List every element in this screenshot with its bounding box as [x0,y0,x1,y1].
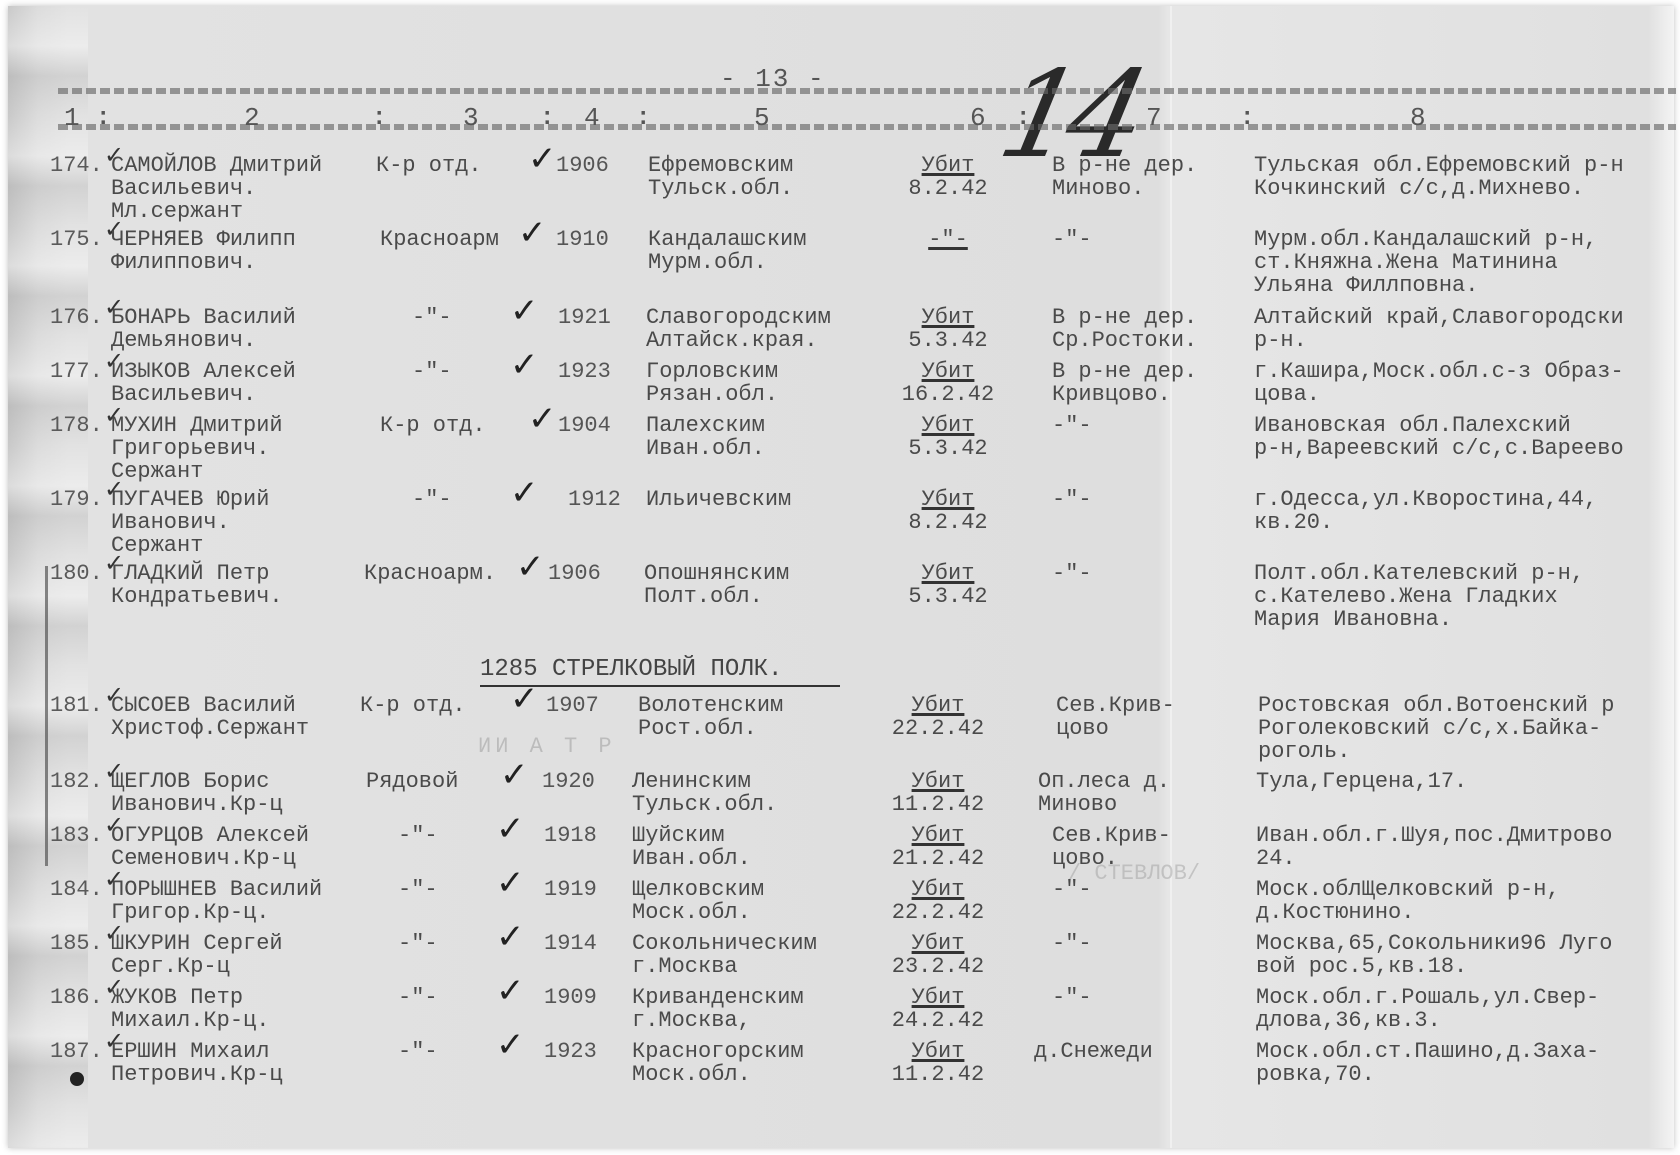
military-rank: -"- [398,878,438,901]
draft-office: Кандалашским Мурм.обл. [648,228,806,274]
verification-tick-icon: ✓ [528,408,557,431]
column-header-8: 8 [1410,103,1426,133]
column-header-3: 3 [463,103,479,133]
fate-date: 8.2.42 [908,176,987,201]
family-address: Алтайский край,Славогородски р-н. [1254,306,1674,352]
birth-year: 1919 [544,878,597,901]
burial-place: -"- [1052,228,1092,251]
fate-status: Убит [922,153,975,178]
verification-tick-icon: ✓ [510,300,539,323]
burial-place: д.Снежеди [1034,1040,1153,1063]
military-rank: Рядовой [366,770,458,793]
family-address: Полт.обл.Кателевский р-н, с.Кателево.Жен… [1254,562,1674,631]
fate-status: Убит [912,823,965,848]
fate-and-date: Убит 5.3.42 [878,562,1018,608]
birth-year: 1910 [556,228,609,251]
fate-date: 24.2.42 [892,1008,984,1033]
fate-status: Убит [912,877,965,902]
fate-date: 11.2.42 [892,1062,984,1087]
fate-date: 8.2.42 [908,510,987,535]
fate-and-date: Убит 22.2.42 [868,878,1008,924]
military-rank: -"- [398,1040,438,1063]
fate-status: -"- [928,227,968,252]
fate-date: 22.2.42 [892,716,984,741]
birth-year: 1923 [558,360,611,383]
fate-status: Убит [922,359,975,384]
soldier-name: ПОРЫШНЕВ Василий Григор.Кр-ц. [111,878,322,924]
soldier-name: САМОЙЛОВ Дмитрий Васильевич. Мл.сержант [111,154,322,223]
fate-and-date: Убит 16.2.42 [878,360,1018,406]
military-rank: К-р отд. [380,414,486,437]
fate-status: Убит [912,693,965,718]
birth-year: 1923 [544,1040,597,1063]
military-rank: К-р отд. [376,154,482,177]
military-rank: Красноарм. [364,562,496,585]
fate-and-date: Убит 24.2.42 [868,986,1008,1032]
column-header-5: 5 [754,103,770,133]
fate-date: 5.3.42 [908,328,987,353]
verification-tick-icon: ✓ [496,818,525,841]
military-rank: -"- [412,306,452,329]
soldier-name: ЖУКОВ Петр Михаил.Кр-ц. [111,986,269,1032]
birth-year: 1914 [544,932,597,955]
birth-year: 1912 [568,488,621,511]
birth-year: 1904 [558,414,611,437]
record-number: 181. [50,694,103,717]
draft-office: Славогородским Алтайск.края. [646,306,831,352]
draft-office: Палехским Иван.обл. [646,414,765,460]
birth-year: 1906 [556,154,609,177]
faint-stamp: ИИ А Т Р [478,734,616,759]
fate-date: 22.2.42 [892,900,984,925]
soldier-name: ЧЕРНЯЕВ Филипп Филиппович. [111,228,296,274]
burial-place: -"- [1052,414,1092,437]
record-number: 185. [50,932,103,955]
fate-and-date: Убит 11.2.42 [868,770,1008,816]
record-number: 182. [50,770,103,793]
soldier-name: МУХИН Дмитрий Григорьевич. Сержант [111,414,283,483]
soldier-name: ЩЕГЛОВ Борис Иванович.Кр-ц [111,770,283,816]
record-number: 179. [50,488,103,511]
fate-status: Убит [912,931,965,956]
fate-and-date: Убит 23.2.42 [868,932,1008,978]
soldier-name: ИЗЫКОВ Алексей Васильевич. [111,360,296,406]
military-rank: -"- [412,360,452,383]
record-number: 174. [50,154,103,177]
fate-status: Убит [912,769,965,794]
verification-tick-icon: ✓ [510,354,539,377]
burial-place: Оп.леса д. Миново [1038,770,1170,816]
fate-and-date: Убит 8.2.42 [878,154,1018,200]
burial-place: В р-не дер. Кривцово. [1052,360,1197,406]
fate-and-date: Убит 8.2.42 [878,488,1018,534]
burial-place: Сев.Крив- цово [1056,694,1175,740]
header-rule-bottom [58,124,1676,130]
fate-status: Убит [922,487,975,512]
family-address: Мурм.обл.Кандалашский р-н, ст.Княжна.Жен… [1254,228,1674,297]
record-number: 178. [50,414,103,437]
soldier-name: ПУГАЧЕВ Юрий Иванович. Сержант [111,488,269,557]
fate-status: Убит [912,1039,965,1064]
fate-status: Убит [912,985,965,1010]
family-address: Моск.обл.ст.Пашино,д.Заха- ровка,70. [1256,1040,1676,1086]
record-number: 184. [50,878,103,901]
birth-year: 1907 [546,694,599,717]
fate-date: 11.2.42 [892,792,984,817]
draft-office: Горловским Рязан.обл. [646,360,778,406]
soldier-name: ГЛАДКИЙ Петр Кондратьевич. [111,562,283,608]
family-address: Москва,65,Сокольники96 Луго вой рос.5,кв… [1256,932,1676,978]
burial-place: -"- [1052,986,1092,1009]
draft-office: Опошнянским Полт.обл. [644,562,789,608]
family-address: Моск.облЩелковский р-н, д.Костюнино. [1256,878,1676,924]
family-address: Ивановская обл.Палехский р-н,Вареевский … [1254,414,1674,460]
fate-status: Убит [922,413,975,438]
fate-and-date: Убит 21.2.42 [868,824,1008,870]
draft-office: Ефремовским Тульск.обл. [648,154,793,200]
verification-tick-icon: ✓ [528,148,557,171]
draft-office: Ильичевским [646,488,791,511]
birth-year: 1918 [544,824,597,847]
column-header-1: 1 [64,103,80,133]
verification-tick-icon: ✓ [500,764,529,787]
soldier-name: БОНАРЬ Василий Демьянович. [111,306,296,352]
column-header-4: 4 [584,103,600,133]
record-number: 177. [50,360,103,383]
faint-stamp-2: / СТЕВЛОВ/ [1068,861,1200,886]
fate-date: 23.2.42 [892,954,984,979]
fate-date: 5.3.42 [908,584,987,609]
column-header-7: 7 [1146,103,1162,133]
birth-year: 1906 [548,562,601,585]
draft-office: Щелковским Моск.обл. [632,878,764,924]
family-address: Тула,Герцена,17. [1256,770,1676,793]
record-number: 186. [50,986,103,1009]
military-rank: К-р отд. [360,694,466,717]
fate-date: 16.2.42 [902,382,994,407]
verification-tick-icon: ✓ [496,926,525,949]
soldier-name: ОГУРЦОВ Алексей Семенович.Кр-ц [111,824,309,870]
draft-office: Шуйским Иван.обл. [632,824,751,870]
family-address: Моск.обл.г.Рошаль,ул.Свер- длова,36,кв.3… [1256,986,1676,1032]
ink-blot [70,1072,84,1086]
draft-office: Криванденским г.Москва, [632,986,804,1032]
family-address: г.Одесса,ул.Кворостина,44, кв.20. [1254,488,1674,534]
family-address: Иван.обл.г.Шуя,пос.Дмитрово 24. [1256,824,1676,870]
verification-tick-icon: ✓ [518,222,547,245]
family-address: Тульская обл.Ефремовский р-н Кочкинский … [1254,154,1674,200]
verification-tick-icon: ✓ [496,980,525,1003]
soldier-name: ЕРШИН Михаил Петрович.Кр-ц [111,1040,283,1086]
family-address: г.Кашира,Моск.обл.с-з Образ- цова. [1254,360,1674,406]
birth-year: 1920 [542,770,595,793]
fate-and-date: Убит 22.2.42 [868,694,1008,740]
fate-and-date: Убит 11.2.42 [868,1040,1008,1086]
fate-and-date: -"- [878,228,1018,251]
column-header-2: 2 [244,103,260,133]
military-rank: -"- [398,986,438,1009]
fate-date: 5.3.42 [908,436,987,461]
verification-tick-icon: ✓ [510,688,539,711]
verification-tick-icon: ✓ [510,482,539,505]
margin-pen-line [45,566,48,866]
burial-place: В р-не дер. Ср.Ростоки. [1052,306,1197,352]
soldier-name: СЫСОЕВ Василий Христоф.Сержант [111,694,309,740]
fate-status: Убит [922,561,975,586]
verification-tick-icon: ✓ [516,556,545,579]
burial-place: -"- [1052,932,1092,955]
family-address: Ростовская обл.Вотоенский р Роголековски… [1258,694,1678,763]
section-heading: 1285 СТРЕЛКОВЫЙ ПОЛК. [480,656,840,687]
military-rank: -"- [398,932,438,955]
verification-tick-icon: ✓ [496,872,525,895]
record-number: 187. [50,1040,103,1063]
birth-year: 1921 [558,306,611,329]
fate-and-date: Убит 5.3.42 [878,306,1018,352]
fate-and-date: Убит 5.3.42 [878,414,1018,460]
soldier-name: ШКУРИН Сергей Серг.Кр-ц [111,932,283,978]
draft-office: Красногорским Моск.обл. [632,1040,804,1086]
military-rank: Красноарм [380,228,499,251]
fate-status: Убит [922,305,975,330]
burial-place: -"- [1052,488,1092,511]
record-number: 183. [50,824,103,847]
record-number: 180. [50,562,103,585]
document-page: - 13 - 14 1 2 3 4 5 6 7 8 : : : : : : 17… [8,6,1674,1148]
draft-office: Сокольническим г.Москва [632,932,817,978]
column-header-6: 6 [970,103,986,133]
military-rank: -"- [398,824,438,847]
fate-date: 21.2.42 [892,846,984,871]
burial-place: -"- [1052,562,1092,585]
record-number: 176. [50,306,103,329]
record-number: 175. [50,228,103,251]
birth-year: 1909 [544,986,597,1009]
military-rank: -"- [412,488,452,511]
burial-place: В р-не дер. Миново. [1052,154,1197,200]
draft-office: Волотенским Рост.обл. [638,694,783,740]
header-rule-top [58,88,1676,94]
verification-tick-icon: ✓ [496,1034,525,1057]
draft-office: Ленинским Тульск.обл. [632,770,777,816]
